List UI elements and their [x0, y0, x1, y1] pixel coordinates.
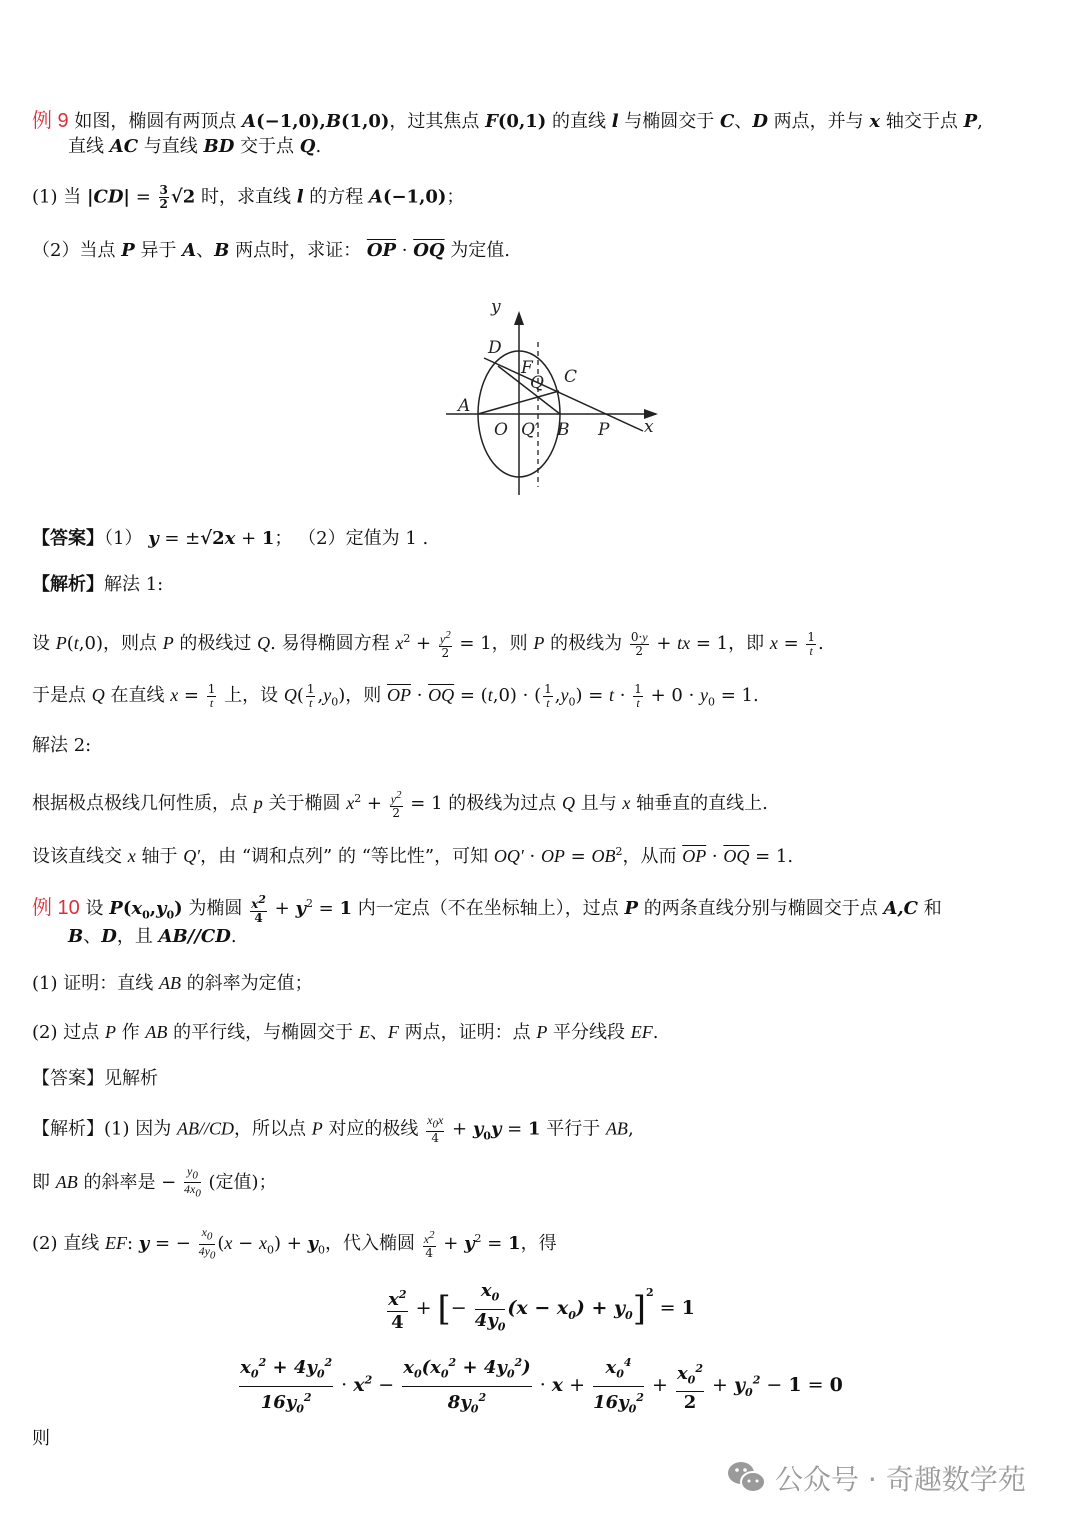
- example10-label: 例 10: [32, 897, 80, 919]
- example10-analysis-line1: 【解析】(1) 因为 AB//CD，所以点 P 对应的极线 x0x4 + y0y…: [32, 1114, 634, 1149]
- example10-answer: 【答案】见解析: [32, 1066, 158, 1092]
- watermark: 公众号 · 奇趣数学苑: [727, 1458, 1026, 1498]
- example9-solution2-line2: 设该直线交 x 轴于 Q′，由 “调和点列” 的 “等比性”，可知 OQ′ · …: [32, 839, 793, 870]
- example9-answer: 【答案】（1） y = ±√2x + 1； （2）定值为 1 .: [32, 526, 428, 552]
- example9-question2: （2）当点 P 异于 A、B 两点时，求证： OP · OQ 为定值.: [32, 238, 510, 264]
- ellipse-diagram: y D F Q C A O Q′ B P x: [418, 285, 663, 500]
- svg-text:Q′: Q′: [521, 420, 539, 440]
- example10-analysis-line3: (2) 直线 EF: y = − x04y0(x − x0) + y0，代入椭圆…: [32, 1226, 557, 1264]
- svg-text:A: A: [456, 396, 470, 416]
- svg-text:x: x: [644, 417, 654, 437]
- example10-stem-line2: B、D，且 AB//CD.: [68, 924, 237, 950]
- svg-text:P: P: [597, 420, 610, 440]
- label-y: y: [490, 297, 501, 317]
- example9-solution1-line2: 于是点 Q 在直线 x = 1t 上，设 Q(1t,y0)，则 OP · OQ …: [32, 682, 759, 716]
- example9-solution1-line1: 设 P(t,0)，则点 P 的极线过 Q. 易得椭圆方程 x2 + y22 = …: [32, 626, 824, 660]
- example9-label: 例 9: [32, 110, 69, 132]
- example10-stem-line1: 例 10 设 P(x0,y0) 为椭圆 x24 + y2 = 1 内一定点（不在…: [32, 891, 942, 929]
- svg-text:O: O: [494, 420, 508, 440]
- equation-quadratic: x02 + 4y0216y02 · x2 − x0(x02 + 4y02)8y0…: [0, 1352, 1080, 1420]
- svg-text:D: D: [487, 338, 502, 358]
- example10-then: 则: [32, 1426, 50, 1452]
- equation-substitution: x24 + [− x04y0(x − x0) + y0]2 = 1: [0, 1280, 1080, 1338]
- example9-stem-line1: 例 9 如图，椭圆有两顶点 A(−1,0),B(1,0)，过其焦点 F(0,1)…: [32, 108, 983, 135]
- example9-question1: (1) 当 |CD| = 32√2 时，求直线 l 的方程 A(−1,0)；: [32, 184, 464, 211]
- svg-text:B: B: [556, 420, 570, 440]
- example10-question1: (1) 证明：直线 AB 的斜率为定值；: [32, 970, 313, 997]
- example9-solution2-line1: 根据极点极线几何性质，点 p 关于椭圆 x2 + y22 = 1 的极线为过点 …: [32, 786, 768, 820]
- svg-text:Q: Q: [530, 373, 544, 393]
- example9-stem-line2: 直线 AC 与直线 BD 交于点 Q.: [68, 134, 321, 160]
- svg-text:C: C: [564, 367, 577, 387]
- wechat-icon: [727, 1460, 767, 1496]
- example9-analysis-title: 【解析】解法 1:: [32, 572, 163, 598]
- example10-analysis-line2: 即 AB 的斜率是 − y04x0 (定值)；: [32, 1165, 277, 1201]
- example10-question2: (2) 过点 P 作 AB 的平行线，与椭圆交于 E、F 两点，证明：点 P 平…: [32, 1019, 659, 1046]
- watermark-text: 公众号 · 奇趣数学苑: [775, 1458, 1026, 1498]
- example9-solution2-title: 解法 2:: [32, 733, 91, 759]
